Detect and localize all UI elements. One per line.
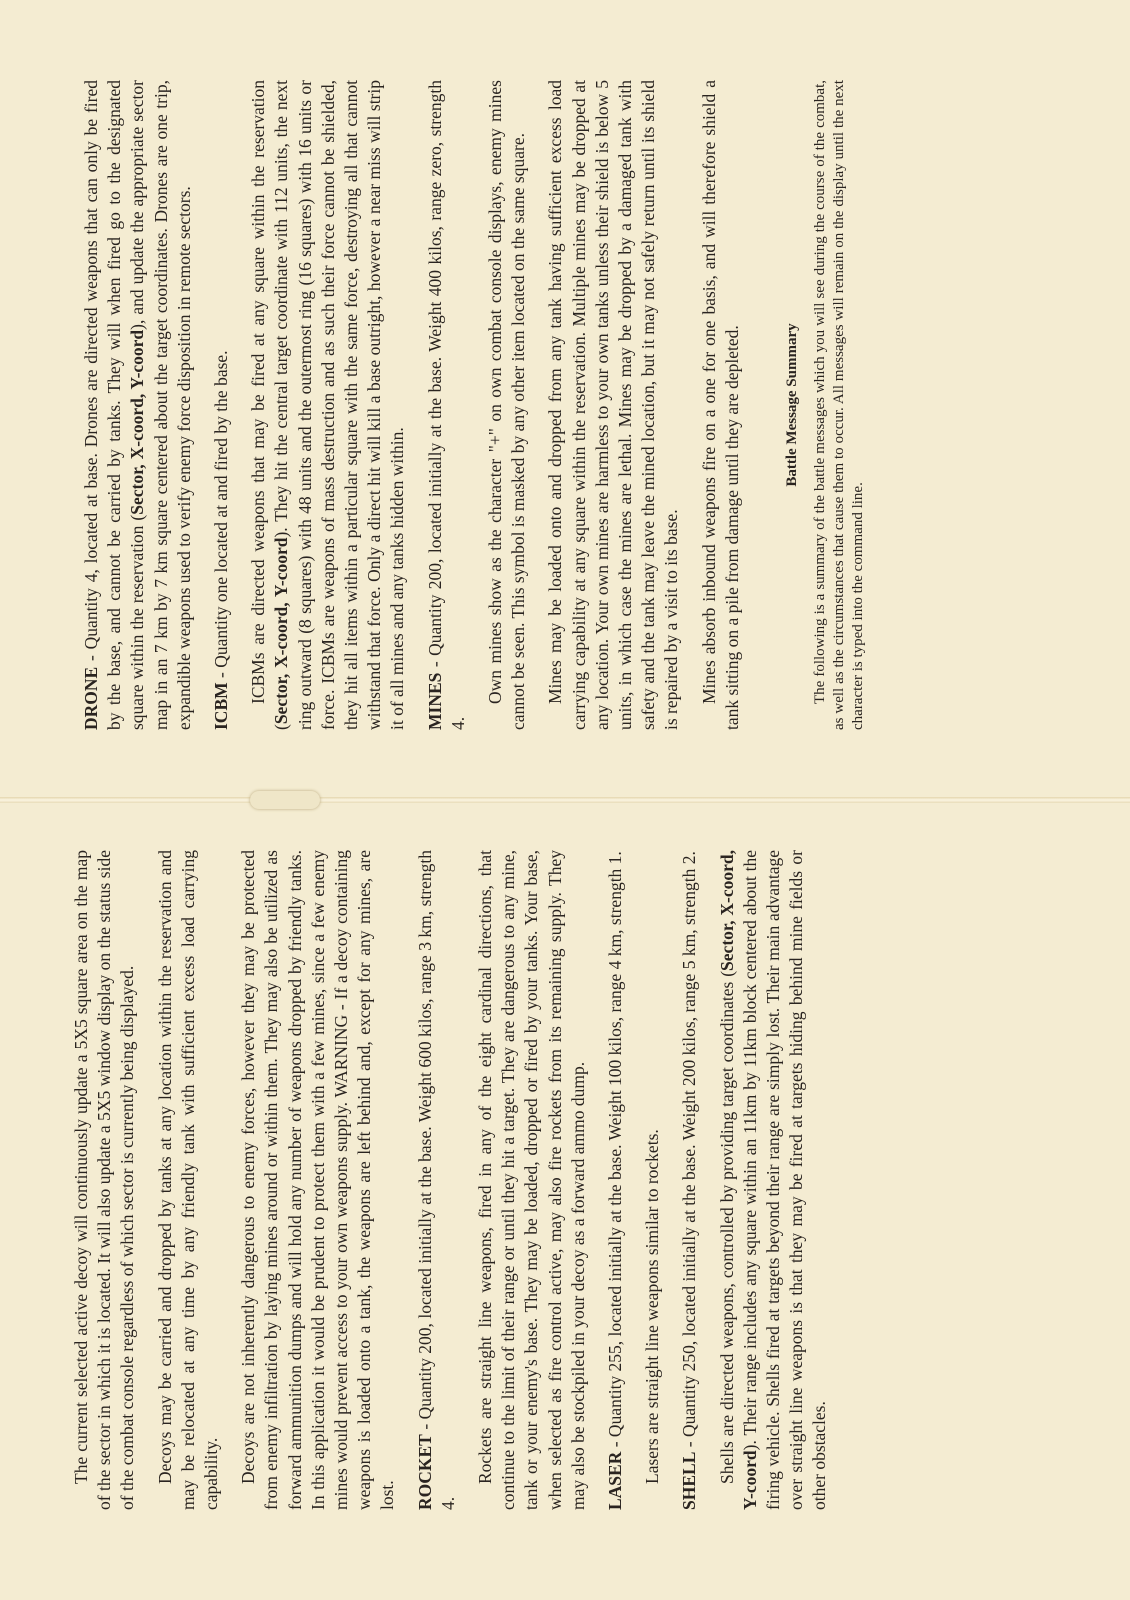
battle-summary-paragraph: The following is a summary of the battle… (811, 80, 868, 730)
decoy-update-paragraph: The current selected active decoy will c… (70, 850, 140, 1510)
rocket-spec-text: - Quantity 200, located initially at the… (415, 850, 458, 1510)
icbm-paragraph: ICBMs are directed weapons that may be f… (247, 80, 409, 730)
icbm-label: ICBM (211, 682, 231, 730)
mines-display-paragraph: Own mines show as the character "+" on o… (484, 80, 530, 730)
drone-paragraph: DRONE - Quantity 4, located at base. Dro… (80, 80, 196, 730)
decoy-carry-paragraph: Decoys may be carried and dropped by tan… (154, 850, 224, 1510)
drone-coords: Sector, X-coord, Y-coord (127, 330, 147, 515)
icbm-coords: Sector, X-coord, Y-coord (271, 538, 291, 725)
mines-spec-text: - Quantity 200, located initially at the… (425, 80, 468, 730)
shell-spec-text: - Quantity 250, located initially at the… (679, 851, 699, 1451)
laser-label: LASER (605, 1452, 625, 1510)
right-page: DRONE - Quantity 4, located at base. Dro… (0, 0, 1130, 800)
mines-loading-paragraph: Mines may be loaded onto and dropped fro… (544, 80, 683, 730)
shell-paragraph: Shells are directed weapons, controlled … (716, 850, 832, 1510)
booklet-spread: The current selected active decoy will c… (0, 0, 1130, 1600)
laser-paragraph: Lasers are straight line weapons similar… (641, 850, 664, 1510)
rocket-spec: ROCKET - Quantity 200, located initially… (414, 850, 460, 1510)
rocket-label: ROCKET (415, 1434, 435, 1510)
shell-text-c: ). Their range includes any square withi… (740, 850, 830, 1510)
drone-label: DRONE (81, 667, 101, 730)
mines-label: MINES (425, 673, 445, 730)
shell-spec: SHELL - Quantity 250, located initially … (678, 850, 701, 1510)
shell-text-a: Shells are directed weapons, controlled … (717, 971, 737, 1484)
battle-message-heading: Battle Message Summary (784, 80, 801, 730)
icbm-spec: ICBM - Quantity one located at and fired… (210, 80, 233, 730)
laser-spec: LASER - Quantity 255, located initially … (604, 850, 627, 1510)
icbm-spec-text: - Quantity one located at and fired by t… (211, 350, 231, 682)
mines-spec: MINES - Quantity 200, located initially … (424, 80, 470, 730)
mines-absorb-paragraph: Mines absorb inbound weapons fire on a o… (698, 80, 744, 730)
shell-label: SHELL (679, 1452, 699, 1510)
decoy-danger-paragraph: Decoys are not inherently dangerous to e… (237, 850, 399, 1510)
rocket-paragraph: Rockets are straight line weapons, fired… (474, 850, 590, 1510)
laser-spec-text: - Quantity 255, located initially at the… (605, 851, 625, 1451)
icbm-text-c: ). They hit the central target coordinat… (271, 80, 407, 730)
left-page: The current selected active decoy will c… (0, 800, 1130, 1600)
